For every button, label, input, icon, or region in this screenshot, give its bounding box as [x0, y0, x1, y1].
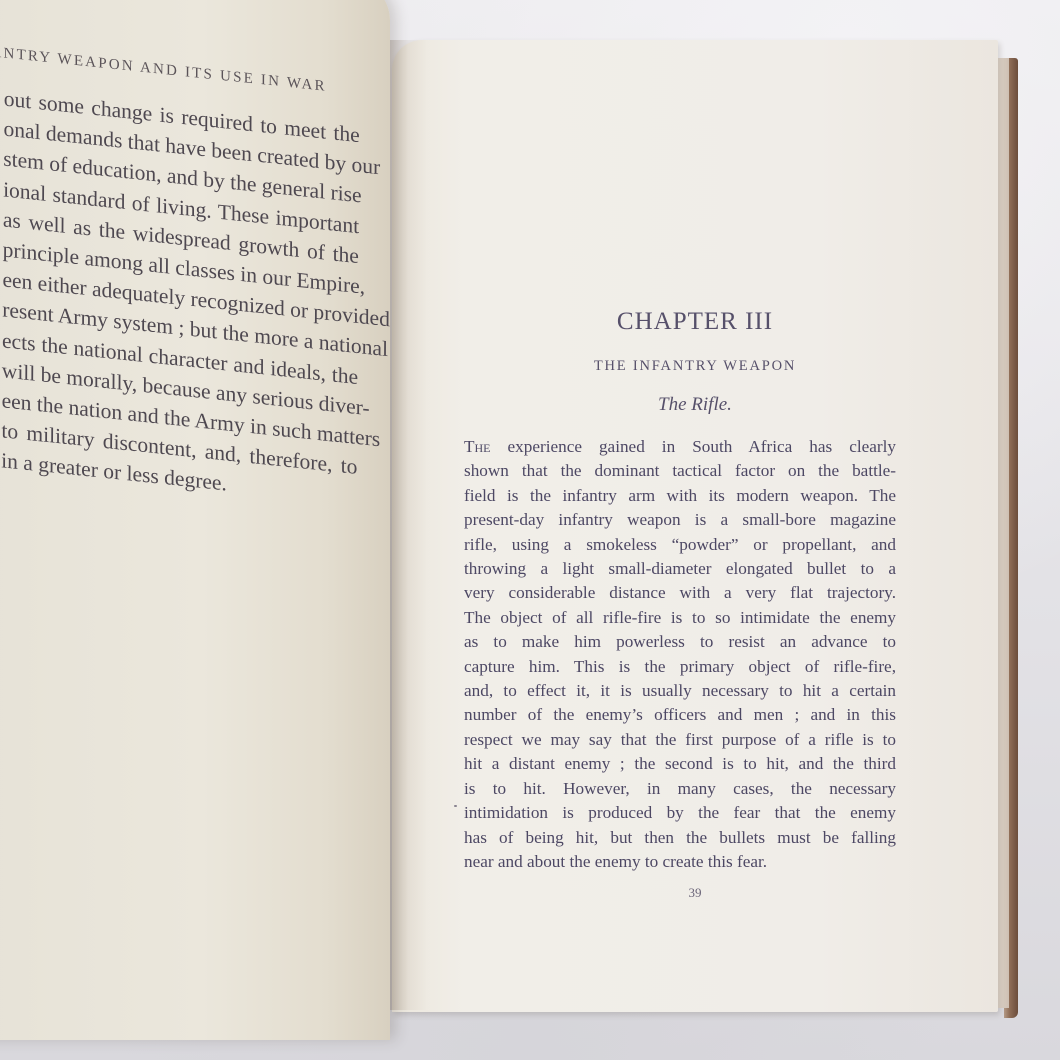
body-line: has of being hit, but then the bullets m…: [464, 826, 896, 850]
pencil-mark: [454, 805, 457, 807]
body-line: hit a distant enemy ; the second is to h…: [464, 752, 896, 776]
right-page: CHAPTER III THE INFANTRY WEAPON The Rifl…: [392, 40, 998, 1012]
body-line: very considerable distance with a very f…: [464, 581, 896, 605]
body-line: capture him. This is the primary object …: [464, 655, 896, 679]
section-title: The Rifle.: [392, 394, 998, 416]
body-line: intimidation is produced by the fear tha…: [464, 801, 896, 825]
body-line: The experience gained in South Africa ha…: [464, 435, 896, 459]
first-word: The: [464, 437, 491, 456]
body-line: as to make him powerless to resist an ad…: [464, 630, 896, 654]
left-page-text: NFANTRY WEAPON AND ITS USE IN WAR out so…: [0, 60, 370, 514]
page-number: 39: [392, 885, 998, 901]
chapter-title: CHAPTER III: [392, 308, 998, 336]
body-line: shown that the dominant tactical factor …: [464, 459, 896, 483]
body-line: respect we may say that the first purpos…: [464, 728, 896, 752]
body-line: number of the enemy’s officers and men ;…: [464, 703, 896, 727]
chapter-subtitle: THE INFANTRY WEAPON: [392, 358, 998, 375]
body-line: present-day infantry weapon is a small-b…: [464, 508, 896, 532]
left-page: NFANTRY WEAPON AND ITS USE IN WAR out so…: [0, 0, 390, 1040]
body-line: is to hit. However, in many cases, the n…: [464, 777, 896, 801]
body-line: rifle, using a smokeless “powder” or pro…: [464, 533, 896, 557]
body-line: and, to effect it, it is usually necessa…: [464, 679, 896, 703]
body-line: near and about the enemy to create this …: [464, 850, 896, 874]
body-line: The object of all rifle-fire is to so in…: [464, 606, 896, 630]
body-text: The experience gained in South Africa ha…: [464, 435, 896, 874]
body-line: field is the infantry arm with its moder…: [464, 484, 896, 508]
body-line: throwing a light small-diameter elongate…: [464, 557, 896, 581]
